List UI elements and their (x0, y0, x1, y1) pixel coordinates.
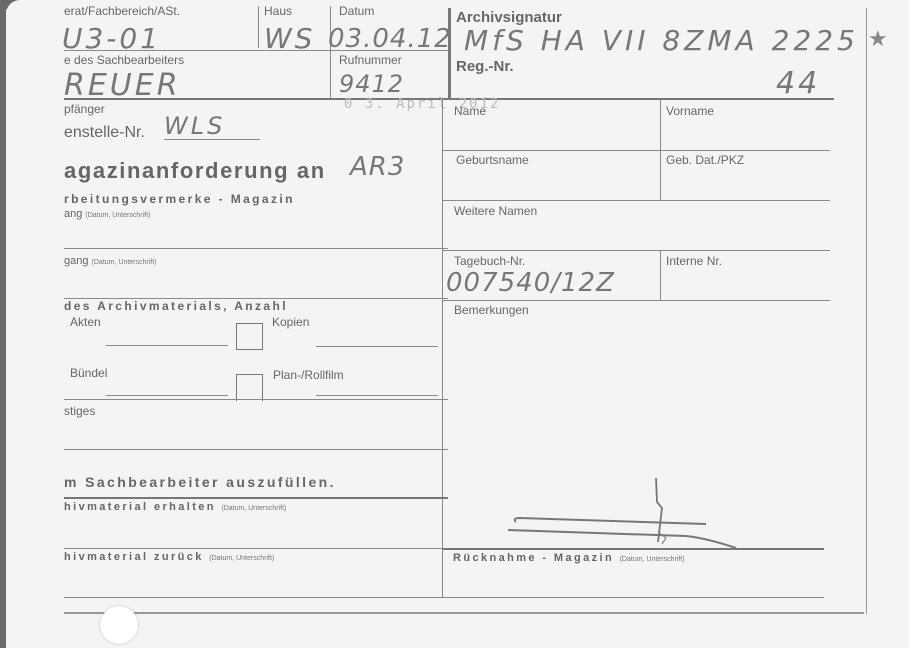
name-label: Name (454, 104, 486, 118)
page-right-border (866, 8, 867, 614)
divider (64, 548, 448, 549)
dept-label: erat/Fachbereich/ASt. (64, 4, 180, 18)
dienststelle-value[interactable]: WLS (164, 112, 225, 140)
underline (164, 139, 260, 140)
star-icon: ★ (868, 26, 888, 52)
interne-nr-label: Interne Nr. (666, 254, 722, 268)
kopien-field[interactable] (316, 346, 438, 347)
tagebuch-value[interactable]: 007540/12Z (446, 268, 615, 298)
tagebuch-label: Tagebuch-Nr. (454, 254, 525, 268)
gebdat-label: Geb. Dat./PKZ (666, 153, 744, 167)
geburtsname-label: Geburtsname (456, 153, 529, 167)
vermerke-heading: rbeitungsvermerke - Magazin (64, 192, 295, 206)
akten-field[interactable] (106, 345, 228, 346)
divider (660, 150, 661, 200)
divider (442, 548, 824, 550)
divider (442, 250, 830, 251)
divider (660, 250, 661, 300)
weitere-namen-label: Weitere Namen (454, 204, 537, 218)
form-title-value[interactable]: AR3 (350, 152, 405, 182)
sonstiges-label: stiges (64, 404, 95, 418)
akten-label: Akten (70, 315, 101, 329)
buendel-field[interactable] (106, 395, 228, 396)
divider (660, 100, 661, 150)
plan-rollfilm-label: Plan-/Rollfilm (273, 368, 344, 382)
sachbearbeiter-heading: m Sachbearbeiter auszufüllen. (64, 474, 336, 490)
buendel-label: Bündel (70, 366, 107, 380)
rufnummer-value[interactable]: 9412 (339, 70, 404, 98)
reg-nr-label: Reg.-Nr. (456, 58, 514, 75)
zurueck-label: hivmaterial zurück (Datum, Unterschrift) (64, 551, 274, 563)
empfaenger-label: pfänger (64, 102, 105, 116)
divider (64, 449, 448, 450)
haus-label: Haus (264, 4, 292, 18)
divider (64, 597, 824, 598)
divider (442, 200, 830, 201)
sachbearbeiter-label: e des Sachbearbeiters (64, 53, 184, 67)
punch-hole (100, 606, 138, 644)
eingang-label: gang (Datum, Unterschrift) (64, 255, 157, 267)
rufnummer-label: Rufnummer (339, 53, 402, 67)
ausgang-label: ang (Datum, Unterschrift) (64, 208, 150, 220)
divider (64, 50, 448, 51)
vorname-label: Vorname (666, 104, 714, 118)
center-divider (442, 98, 443, 598)
dienststelle-label: enstelle-Nr. (64, 124, 145, 142)
form-page: erat/Fachbereich/ASt. U3-01 Haus WS Datu… (6, 0, 909, 648)
page-bottom-border (64, 612, 864, 614)
divider (448, 8, 451, 100)
divider (442, 150, 830, 151)
kopien-checkbox[interactable] (236, 323, 263, 350)
kopien-label: Kopien (272, 315, 309, 329)
form-title: agazinanforderung an (64, 158, 326, 184)
divider (64, 497, 448, 499)
plan-rollfilm-checkbox[interactable] (236, 374, 263, 401)
divider (64, 248, 448, 249)
erhalten-label: hivmaterial erhalten (Datum, Unterschrif… (64, 501, 286, 513)
reg-nr-value[interactable]: 44 (776, 66, 820, 101)
divider (442, 300, 830, 301)
divider (64, 399, 448, 400)
plan-rollfilm-field[interactable] (316, 395, 438, 396)
bemerkungen-label: Bemerkungen (454, 303, 529, 317)
ruecknahme-label: Rücknahme - Magazin (Datum, Unterschrift… (453, 552, 685, 564)
datum-label: Datum (339, 4, 374, 18)
signature (506, 472, 746, 552)
archivsignatur-value[interactable]: MfS HA VII 8ZMA 2225 (464, 24, 859, 57)
divider (258, 6, 259, 48)
material-heading: des Archivmaterials, Anzahl (64, 299, 288, 313)
